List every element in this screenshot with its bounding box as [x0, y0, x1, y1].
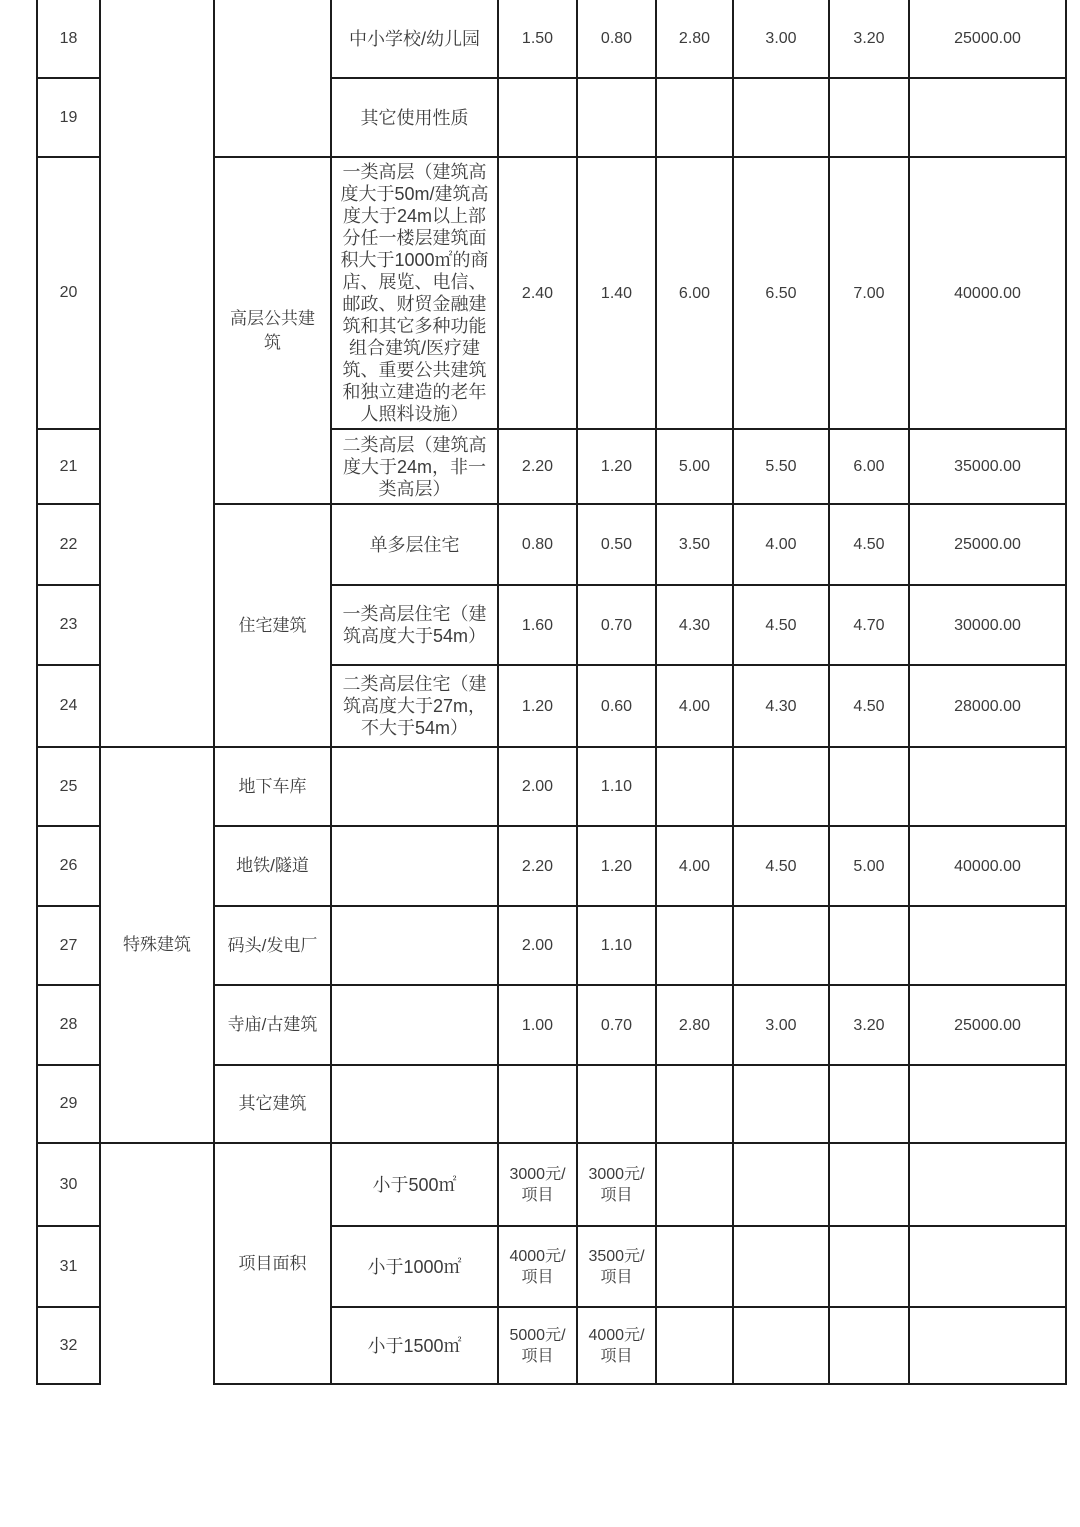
value-cell	[829, 78, 909, 157]
value-cell: 1.40	[577, 157, 656, 429]
value-cell	[733, 1065, 829, 1143]
value-cell: 25000.00	[909, 0, 1066, 78]
building-subcategory-cell: 地铁/隧道	[214, 826, 331, 906]
value-cell: 4.30	[656, 585, 733, 665]
value-cell	[829, 906, 909, 985]
usage-description-cell: 小于500㎡	[331, 1143, 498, 1226]
usage-description-cell: 其它使用性质	[331, 78, 498, 157]
value-cell	[733, 906, 829, 985]
value-cell	[733, 1226, 829, 1307]
value-cell	[909, 78, 1066, 157]
value-cell	[829, 747, 909, 826]
value-cell: 5.00	[829, 826, 909, 906]
value-cell: 0.70	[577, 585, 656, 665]
value-cell: 4.70	[829, 585, 909, 665]
value-cell: 5.50	[733, 429, 829, 504]
value-cell	[909, 1226, 1066, 1307]
value-cell	[829, 1307, 909, 1384]
usage-description-cell: 一类高层住宅（建筑高度大于54m）	[331, 585, 498, 665]
value-cell: 3.20	[829, 985, 909, 1065]
value-cell: 3.00	[733, 985, 829, 1065]
value-cell: 4.50	[733, 826, 829, 906]
value-cell	[733, 1307, 829, 1384]
value-cell: 25000.00	[909, 504, 1066, 585]
usage-description-cell	[331, 1065, 498, 1143]
row-number-cell: 30	[37, 1143, 100, 1226]
value-cell: 4.00	[733, 504, 829, 585]
value-cell: 4.50	[733, 585, 829, 665]
value-cell	[498, 1065, 577, 1143]
value-cell: 40000.00	[909, 826, 1066, 906]
value-cell	[577, 78, 656, 157]
building-subcategory-cell: 住宅建筑	[214, 504, 331, 747]
value-cell: 0.80	[577, 0, 656, 78]
value-cell: 4.00	[656, 665, 733, 747]
value-cell: 3.20	[829, 0, 909, 78]
usage-description-cell: 二类高层住宅（建筑高度大于27m，不大于54m）	[331, 665, 498, 747]
value-cell	[909, 1065, 1066, 1143]
row-number-cell: 18	[37, 0, 100, 78]
value-cell: 0.70	[577, 985, 656, 1065]
value-cell: 1.20	[577, 429, 656, 504]
value-cell: 1.50	[498, 0, 577, 78]
value-cell	[656, 747, 733, 826]
value-cell: 2.20	[498, 429, 577, 504]
value-cell: 2.00	[498, 906, 577, 985]
value-cell: 25000.00	[909, 985, 1066, 1065]
usage-description-cell: 小于1000㎡	[331, 1226, 498, 1307]
value-cell	[733, 747, 829, 826]
value-cell	[829, 1143, 909, 1226]
value-cell: 5000元/项目	[498, 1307, 577, 1384]
row-number-cell: 32	[37, 1307, 100, 1384]
value-cell: 1.20	[498, 665, 577, 747]
usage-description-cell: 小于1500㎡	[331, 1307, 498, 1384]
value-cell: 3000元/项目	[498, 1143, 577, 1226]
row-number-cell: 24	[37, 665, 100, 747]
value-cell	[656, 906, 733, 985]
value-cell: 3500元/项目	[577, 1226, 656, 1307]
value-cell	[656, 1143, 733, 1226]
value-cell: 1.00	[498, 985, 577, 1065]
usage-description-cell	[331, 826, 498, 906]
value-cell: 30000.00	[909, 585, 1066, 665]
building-category-cell	[100, 1143, 214, 1384]
value-cell: 4000元/项目	[498, 1226, 577, 1307]
table-row: 30 项目面积 小于500㎡ 3000元/项目 3000元/项目	[37, 1143, 1066, 1226]
value-cell	[909, 1307, 1066, 1384]
value-cell: 4.30	[733, 665, 829, 747]
building-category-cell: 特殊建筑	[100, 747, 214, 1143]
value-cell: 1.60	[498, 585, 577, 665]
value-cell	[909, 906, 1066, 985]
building-subcategory-cell: 码头/发电厂	[214, 906, 331, 985]
usage-description-cell: 一类高层（建筑高度大于50m/建筑高度大于24m以上部分任一楼层建筑面积大于10…	[331, 157, 498, 429]
value-cell: 5.00	[656, 429, 733, 504]
table-row: 25 特殊建筑 地下车库 2.00 1.10	[37, 747, 1066, 826]
row-number-cell: 21	[37, 429, 100, 504]
usage-description-cell: 单多层住宅	[331, 504, 498, 585]
usage-description-cell	[331, 906, 498, 985]
value-cell: 3.00	[733, 0, 829, 78]
value-cell	[577, 1065, 656, 1143]
value-cell: 2.80	[656, 0, 733, 78]
value-cell: 0.50	[577, 504, 656, 585]
row-number-cell: 22	[37, 504, 100, 585]
value-cell	[733, 78, 829, 157]
building-subcategory-cell: 高层公共建筑	[214, 157, 331, 504]
value-cell: 0.60	[577, 665, 656, 747]
value-cell	[829, 1065, 909, 1143]
value-cell: 4.50	[829, 665, 909, 747]
row-number-cell: 25	[37, 747, 100, 826]
value-cell	[909, 1143, 1066, 1226]
value-cell	[498, 78, 577, 157]
usage-description-cell	[331, 747, 498, 826]
value-cell: 4000元/项目	[577, 1307, 656, 1384]
value-cell	[829, 1226, 909, 1307]
value-cell: 2.40	[498, 157, 577, 429]
row-number-cell: 29	[37, 1065, 100, 1143]
row-number-cell: 19	[37, 78, 100, 157]
value-cell: 35000.00	[909, 429, 1066, 504]
value-cell	[656, 1307, 733, 1384]
value-cell	[656, 1226, 733, 1307]
value-cell: 28000.00	[909, 665, 1066, 747]
row-number-cell: 26	[37, 826, 100, 906]
value-cell: 1.10	[577, 906, 656, 985]
building-subcategory-cell: 项目面积	[214, 1143, 331, 1384]
value-cell: 1.20	[577, 826, 656, 906]
value-cell	[909, 747, 1066, 826]
value-cell: 1.10	[577, 747, 656, 826]
document-page: 18 中小学校/幼儿园 1.50 0.80 2.80 3.00 3.20 250…	[0, 0, 1080, 1527]
value-cell: 4.50	[829, 504, 909, 585]
value-cell: 3.50	[656, 504, 733, 585]
value-cell: 7.00	[829, 157, 909, 429]
value-cell	[656, 78, 733, 157]
value-cell: 4.00	[656, 826, 733, 906]
building-category-cell	[100, 0, 214, 747]
building-subcategory-cell: 其它建筑	[214, 1065, 331, 1143]
value-cell: 40000.00	[909, 157, 1066, 429]
usage-description-cell	[331, 985, 498, 1065]
row-number-cell: 31	[37, 1226, 100, 1307]
value-cell: 6.00	[656, 157, 733, 429]
building-subcategory-cell: 寺庙/古建筑	[214, 985, 331, 1065]
value-cell: 2.80	[656, 985, 733, 1065]
fee-standard-table: 18 中小学校/幼儿园 1.50 0.80 2.80 3.00 3.20 250…	[36, 0, 1067, 1385]
row-number-cell: 20	[37, 157, 100, 429]
value-cell	[656, 1065, 733, 1143]
value-cell: 6.00	[829, 429, 909, 504]
row-number-cell: 23	[37, 585, 100, 665]
row-number-cell: 27	[37, 906, 100, 985]
value-cell: 0.80	[498, 504, 577, 585]
row-number-cell: 28	[37, 985, 100, 1065]
value-cell: 2.20	[498, 826, 577, 906]
building-subcategory-cell	[214, 0, 331, 157]
value-cell: 6.50	[733, 157, 829, 429]
building-subcategory-cell: 地下车库	[214, 747, 331, 826]
value-cell	[733, 1143, 829, 1226]
value-cell: 2.00	[498, 747, 577, 826]
value-cell: 3000元/项目	[577, 1143, 656, 1226]
table-row: 18 中小学校/幼儿园 1.50 0.80 2.80 3.00 3.20 250…	[37, 0, 1066, 78]
usage-description-cell: 二类高层（建筑高度大于24m，非一类高层）	[331, 429, 498, 504]
usage-description-cell: 中小学校/幼儿园	[331, 0, 498, 78]
